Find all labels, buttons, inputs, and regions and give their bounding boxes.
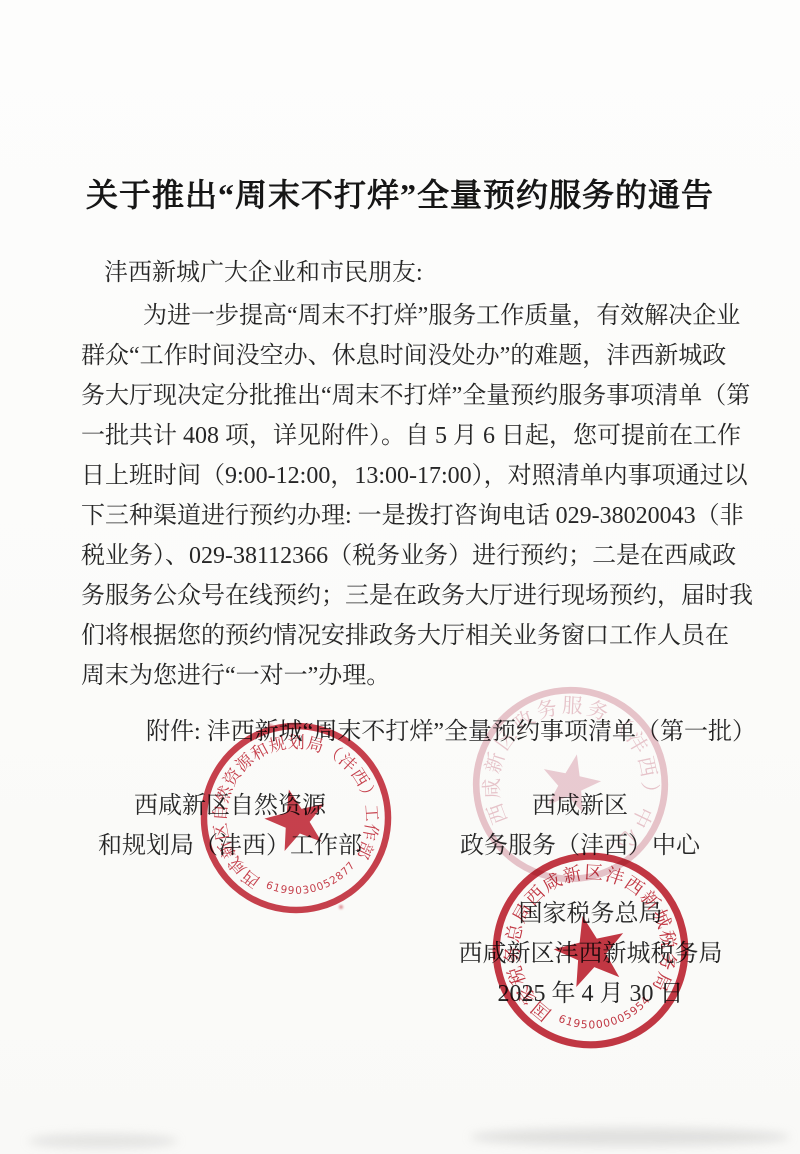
body-line: 务大厅现决定分批推出“周末不打烊”全量预约服务事项清单（第 [81, 376, 718, 416]
signature-line: 西咸新区沣西新城税务局 [448, 934, 733, 974]
signature-line: 政务服务（沣西）中心 [440, 826, 720, 866]
body-line: 为进一步提高“周末不打烊”服务工作质量，有效解决企业 [81, 296, 718, 336]
signature-date: 2025 年 4 月 30 日 [448, 974, 733, 1014]
signature-gov-service: 西咸新区 政务服务（沣西）中心 [440, 786, 720, 866]
signature-line: 国家税务总局 [448, 894, 733, 934]
body-line: 一批共计 408 项，详见附件）。自 5 月 6 日起，您可提前在工作 [81, 416, 718, 456]
body-paragraph: 为进一步提高“周末不打烊”服务工作质量，有效解决企业 群众“工作时间没空办、休息… [81, 296, 718, 696]
body-line: 们将根据您的预约情况安排政务大厅相关业务窗口工作人员在 [81, 616, 718, 656]
body-line: 下三种渠道进行预约办理: 一是拨打咨询电话 029-38020043（非 [81, 496, 718, 536]
signature-line: 西咸新区自然资源 [90, 786, 370, 826]
body-line: 群众“工作时间没空办、休息时间没处办”的难题，沣西新城政 [81, 336, 718, 376]
signature-tax-bureau: 国家税务总局 西咸新区沣西新城税务局 2025 年 4 月 30 日 [448, 894, 733, 1014]
body-line: 日上班时间（9:00-12:00，13:00-17:00），对照清单内事项通过以 [81, 456, 718, 496]
salutation: 沣西新城广大企业和市民朋友: [104, 252, 423, 287]
document-page: 关于推出“周末不打烊”全量预约服务的通告 沣西新城广大企业和市民朋友: 为进一步… [0, 0, 800, 1154]
signature-line: 西咸新区 [440, 786, 720, 826]
paper-smudge [470, 1128, 790, 1146]
body-line: 税业务）、029-38112366（税务业务）进行预约；二是在西咸政 [81, 536, 718, 576]
document-title: 关于推出“周末不打烊”全量预约服务的通告 [0, 170, 800, 216]
signature-line: 和规划局（沣西）工作部 [90, 826, 370, 866]
body-line: 周末为您进行“一对一”办理。 [81, 656, 718, 696]
ink-speck [339, 905, 343, 909]
signature-natural-resources: 西咸新区自然资源 和规划局（沣西）工作部 [90, 786, 370, 866]
body-line: 务服务公众号在线预约；三是在政务大厅进行现场预约，届时我 [81, 576, 718, 616]
ink-speck [268, 724, 273, 728]
paper-smudge [28, 1134, 178, 1148]
attachment-line: 附件: 沣西新城“周末不打烊”全量预约事项清单（第一批） [146, 711, 756, 746]
gov-service-seal-icon: 西咸新区政务服务（沣西）中心 [449, 663, 692, 906]
